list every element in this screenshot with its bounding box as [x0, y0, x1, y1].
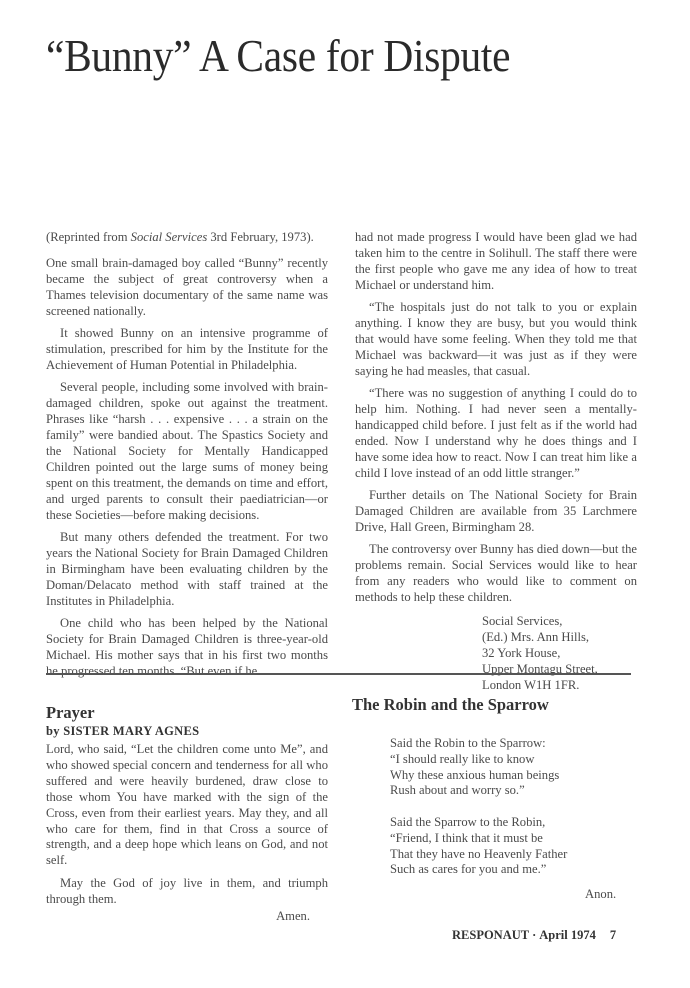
poem-line: Why these anxious human beings: [390, 768, 567, 784]
poem-line: That they have no Heavenly Father: [390, 847, 567, 863]
prayer-title: Prayer: [46, 703, 95, 723]
poem-line: “I should really like to know: [390, 752, 567, 768]
article-paragraph: But many others defended the treatment. …: [46, 530, 328, 610]
address-line: Social Services,: [482, 614, 637, 630]
article-paragraph: “The hospitals just do not talk to you o…: [355, 300, 637, 380]
address-line: London W1H 1FR.: [482, 678, 637, 694]
article-title: “Bunny” A Case for Dispute: [46, 30, 510, 82]
article-paragraph: had not made progress I would have been …: [355, 230, 637, 294]
article-paragraph: “There was no suggestion of anything I c…: [355, 386, 637, 481]
poem-line: Said the Sparrow to the Robin,: [390, 815, 567, 831]
article-column-right: had not made progress I would have been …: [355, 230, 637, 693]
reprint-note: (Reprinted from Social Services 3rd Febr…: [46, 230, 328, 246]
footer-separator: ·: [532, 928, 536, 942]
poem-stanza: Said the Sparrow to the Robin, “Friend, …: [390, 815, 567, 878]
article-paragraph: One child who has been helped by the Nat…: [46, 616, 328, 680]
poem-body: Said the Robin to the Sparrow: “I should…: [390, 736, 567, 894]
reprint-suffix: 3rd February, 1973).: [207, 230, 314, 244]
article-paragraph: One small brain-damaged boy called “Bunn…: [46, 256, 328, 320]
poem-line: Such as cares for you and me.”: [390, 862, 567, 878]
poem-line: Rush about and worry so.”: [390, 783, 567, 799]
poem-author: Anon.: [585, 887, 616, 902]
page-number: 7: [610, 928, 616, 942]
poem-title: The Robin and the Sparrow: [352, 695, 549, 715]
prayer-paragraph: Lord, who said, “Let the children come u…: [46, 742, 328, 869]
contact-address: Social Services, (Ed.) Mrs. Ann Hills, 3…: [482, 614, 637, 694]
poem-line: “Friend, I think that it must be: [390, 831, 567, 847]
poem-line: Said the Robin to the Sparrow:: [390, 736, 567, 752]
issue-date: April 1974: [539, 928, 596, 942]
article-paragraph: Several people, including some involved …: [46, 380, 328, 523]
publication-name: RESPONAUT: [452, 928, 529, 942]
page-footer: RESPONAUT·April 19747: [452, 928, 616, 943]
section-divider: [46, 673, 631, 675]
article-paragraph: The controversy over Bunny has died down…: [355, 542, 637, 606]
article-column-left: (Reprinted from Social Services 3rd Febr…: [46, 230, 328, 686]
address-line: Upper Montagu Street,: [482, 662, 637, 678]
reprint-prefix: (Reprinted from: [46, 230, 131, 244]
address-line: (Ed.) Mrs. Ann Hills,: [482, 630, 637, 646]
prayer-closing: Amen.: [46, 909, 328, 925]
article-paragraph: Further details on The National Society …: [355, 488, 637, 536]
address-line: 32 York House,: [482, 646, 637, 662]
reprint-source: Social Services: [131, 230, 208, 244]
prayer-byline: by SISTER MARY AGNES: [46, 724, 199, 739]
poem-stanza: Said the Robin to the Sparrow: “I should…: [390, 736, 567, 799]
prayer-body: Lord, who said, “Let the children come u…: [46, 742, 328, 931]
prayer-paragraph: May the God of joy live in them, and tri…: [46, 876, 328, 908]
article-paragraph: It showed Bunny on an intensive programm…: [46, 326, 328, 374]
